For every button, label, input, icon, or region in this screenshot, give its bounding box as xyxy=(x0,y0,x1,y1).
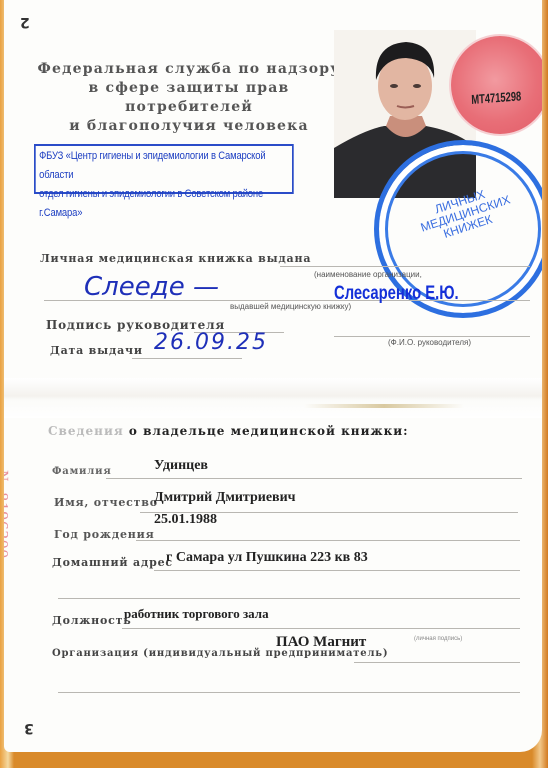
section-title-faded: Сведения xyxy=(48,424,124,438)
issuer-stamp: ФБУЗ «Центр гигиены и эпидемиологии в Са… xyxy=(34,144,294,194)
page-number-top: 2 xyxy=(20,14,30,30)
head-name-stamp: Слесаренко Е.Ю. xyxy=(334,283,459,305)
page-fold xyxy=(4,378,542,418)
agency-line-1: Федеральная служба по надзору xyxy=(34,60,344,79)
field-value-address: г Самара ул Пушкина 223 кв 83 xyxy=(166,550,368,566)
field-value-position: работник торгового зала xyxy=(124,606,269,622)
date-label: Дата выдачи xyxy=(50,344,143,357)
section-title-rest: о владельце медицинской книжки: xyxy=(124,424,409,438)
issuer-stamp-line-2: отдел гигиены и эпидемиологии в Советско… xyxy=(39,185,288,223)
agency-header: Федеральная служба по надзору в сфере за… xyxy=(34,60,344,136)
field-label-surname: Фамилия xyxy=(52,466,112,477)
field-label-organization: Организация (индивидуальный предпринимат… xyxy=(52,648,388,659)
agency-line-3: и благополучия человека xyxy=(34,117,344,136)
org-hint-1: (наименование организации, xyxy=(314,270,422,279)
org-hint-2: выдавшей медицинскую книжку) xyxy=(230,302,351,311)
issuer-stamp-line-1: ФБУЗ «Центр гигиены и эпидемиологии в Са… xyxy=(39,147,288,185)
field-value-birth: 25.01.1988 xyxy=(154,512,217,528)
signature-hint: (личная подпись) xyxy=(414,636,462,642)
issue-date: 26.09.25 xyxy=(154,330,268,355)
owner-section-title: Сведения о владельце медицинской книжки: xyxy=(48,424,409,438)
head-signature: Слееде — xyxy=(84,272,219,302)
field-value-name: Дмитрий Дмитриевич xyxy=(154,490,296,506)
page-number-bottom: 3 xyxy=(24,720,34,736)
field-value-surname: Удинцев xyxy=(154,458,208,474)
hologram-code: МТ4715298 xyxy=(471,88,521,107)
head-hint: (Ф.И.О. руководителя) xyxy=(388,338,471,347)
seal-text: ЛИЧНЫХ МЕДИЦИНСКИХ КНИЖЕК xyxy=(415,182,513,247)
issued-label: Личная медицинская книжка выдана xyxy=(40,252,311,265)
field-label-address: Домашний адрес xyxy=(52,556,173,569)
field-label-position: Должность xyxy=(52,614,132,627)
hologram-sticker: МТ4715298 xyxy=(451,36,542,134)
agency-line-2: в сфере защиты прав потребителей xyxy=(34,79,344,117)
field-label-name: Имя, отчество xyxy=(54,496,158,509)
serial-number: № 8196300 xyxy=(4,470,12,590)
medical-book-spread: 2 Федеральная служба по надзору в сфере … xyxy=(4,0,542,752)
